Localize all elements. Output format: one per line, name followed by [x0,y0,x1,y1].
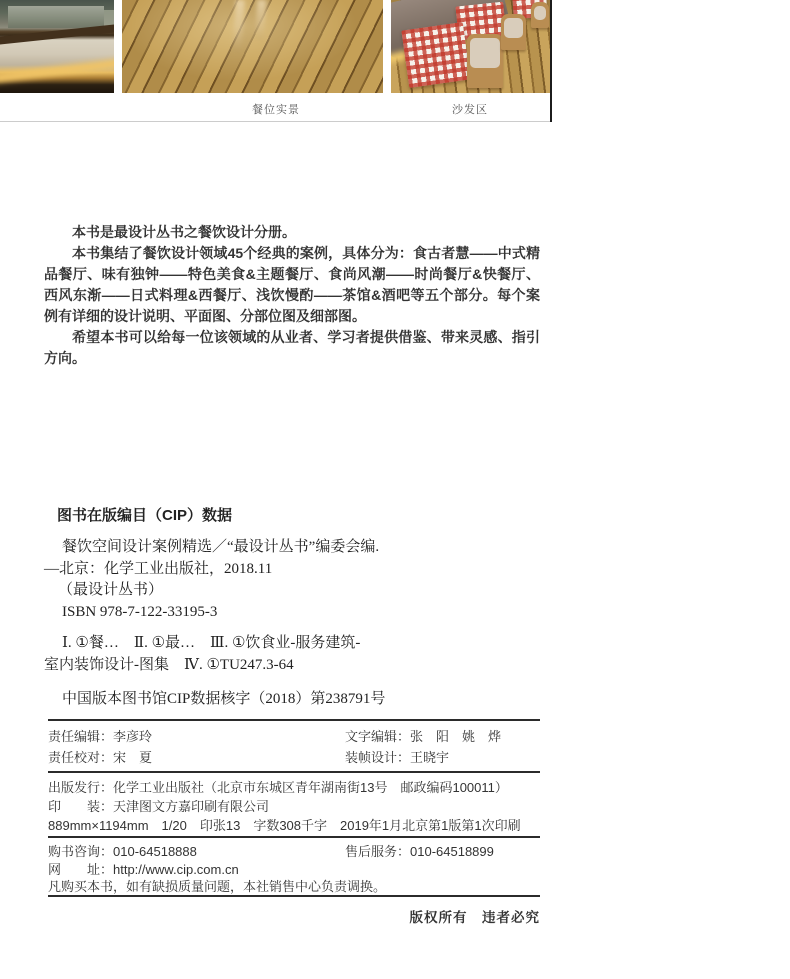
gingham-table-shape [401,22,470,88]
cip-classification-line: 室内装饰设计-图集 Ⅳ. ①TU247.3-64 [44,655,544,677]
caption-dining-seats: 餐位实景 [231,101,321,117]
chair-cushion-shape [504,18,523,38]
cip-registry-line: 中国版本图书馆CIP数据核字（2018）第238791号 [44,689,544,711]
contact-row: 购书咨询：010-64518888 售后服务：010-64518899 [48,843,540,861]
cip-section: 餐饮空间设计案例精选／“最设计丛书”编委会编. —北京：化学工业出版社，2018… [44,537,544,711]
printer-line: 印 装：天津图文方嘉印刷有限公司 [48,798,540,816]
cip-heading: 图书在版编目（CIP）数据 [57,504,232,525]
staff-proofreader: 责任校对：宋 夏 [48,750,152,765]
book-copyright-page: 餐位实景 沙发区 本书是最设计丛书之餐饮设计分册。 本书集结了餐饮设计领域45个… [0,0,790,979]
staff-designer: 装帧设计：王晓宇 [345,749,449,767]
kitchen-equipment-shape [8,6,104,28]
cip-record-line: （最设计丛书） [44,580,544,602]
counter-light-strip [0,58,114,83]
print-spec-line: 889mm×1194mm 1/20 印张13 字数308千字 2019年1月北京… [48,817,540,835]
publisher-line: 出版发行：化学工业出版社（北京市东城区青年湖南街13号 邮政编码100011） [48,779,540,797]
purchase-phone: 购书咨询：010-64518888 [48,844,197,859]
chair-shape [531,2,549,28]
intro-section: 本书是最设计丛书之餐饮设计分册。 本书集结了餐饮设计领域45个经典的案例，具体分… [44,222,540,369]
intro-paragraph: 希望本书可以给每一位该领域的从业者、学习者提供借鉴、带来灵感、指引方向。 [44,327,540,369]
chair-leg-shape [232,0,245,52]
divider-line [48,836,540,838]
chair-shape [501,14,526,50]
after-sales-phone: 售后服务：010-64518899 [345,843,494,861]
photo-sofa-area [391,0,551,93]
cip-isbn-line: ISBN 978-7-122-33195-3 [44,602,544,624]
intro-paragraph: 本书集结了餐饮设计领域45个经典的案例，具体分为：食古者慧——中式精品餐厅、味有… [44,243,540,327]
caption-sofa-area: 沙发区 [425,101,515,117]
photo-open-kitchen [0,0,114,93]
chair-shape [467,34,503,88]
chair-cushion-shape [470,38,500,68]
chair-leg-shape [255,0,267,40]
staff-editor: 责任编辑：李彦玲 [48,729,152,744]
cip-record-line: 餐饮空间设计案例精选／“最设计丛书”编委会编. [44,537,544,559]
divider-line [48,719,540,721]
cip-classification-line: Ⅰ. ①餐… Ⅱ. ①最… Ⅲ. ①饮食业-服务建筑- [44,633,544,655]
intro-paragraph: 本书是最设计丛书之餐饮设计分册。 [44,222,540,243]
divider-line [48,771,540,773]
exchange-notice: 凡购买本书，如有缺损质量问题，本社销售中心负责调换。 [48,878,540,896]
page-frame-vertical-line [550,0,552,122]
staff-row: 责任校对：宋 夏 装帧设计：王晓宇 [48,749,540,767]
website-line: 网 址：http://www.cip.com.cn [48,861,540,879]
page-frame-hairline [0,121,550,122]
staff-row: 责任编辑：李彦玲 文字编辑：张 阳 姚 烨 [48,728,540,746]
cip-record-line: —北京：化学工业出版社，2018.11 [44,559,544,581]
photo-wood-floor [122,0,383,93]
copyright-notice: 版权所有 违者必究 [48,906,540,926]
staff-text-editor: 文字编辑：张 阳 姚 烨 [345,728,501,746]
chair-cushion-shape [534,6,546,20]
